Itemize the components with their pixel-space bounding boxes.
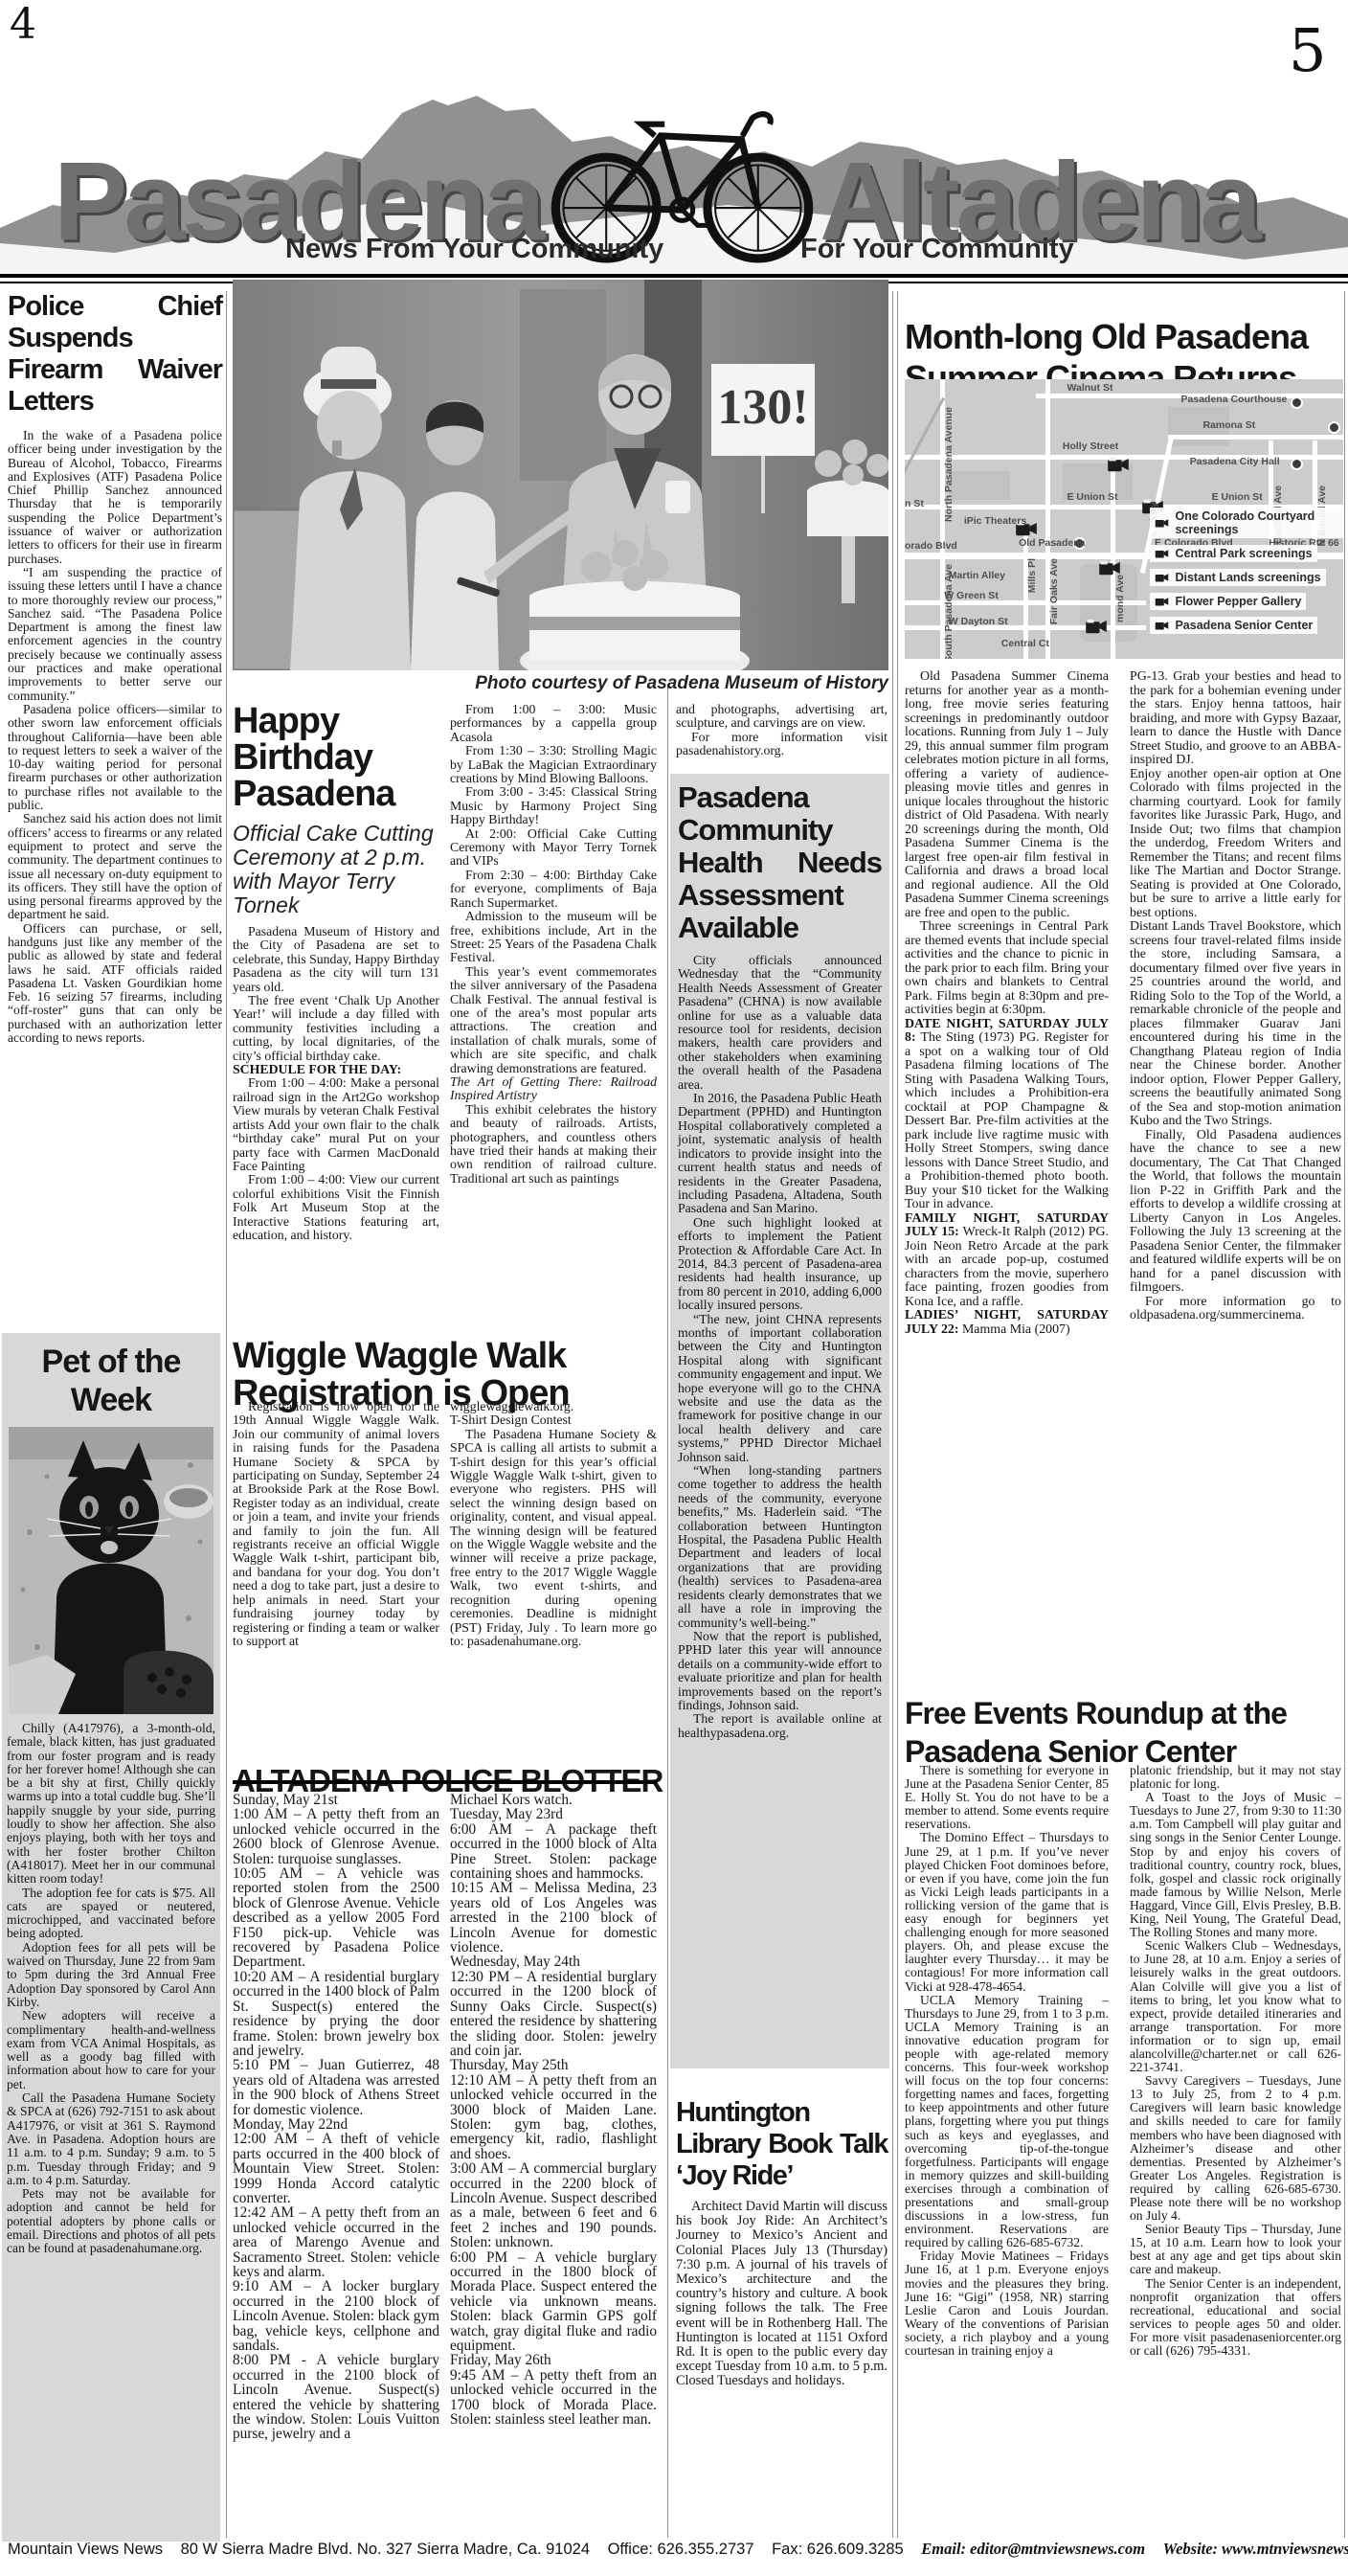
- column-divider: [667, 684, 668, 2538]
- paragraph: One such highlight looked at efforts to …: [678, 1216, 882, 1313]
- map-label: W Dayton St: [949, 616, 1008, 627]
- article-health-assessment-box: Pasadena Community Health Needs Assessme…: [670, 774, 889, 2068]
- blotter-entry: 12:00 AM – A theft of vehicle parts occu…: [233, 2132, 439, 2205]
- article-body: City officials announced Wednesday that …: [678, 954, 882, 1740]
- blotter-entry: Monday, May 22nd: [233, 2117, 439, 2132]
- blotter-entry: 12:30 PM – A residential burglary occurr…: [450, 1970, 657, 2058]
- paragraph: Now that the report is published, PPHD l…: [678, 1630, 882, 1712]
- paragraph: Pasadena police officers—similar to othe…: [8, 703, 222, 812]
- page-number-left: 4: [10, 0, 36, 49]
- blotter-entry: 12:10 AM – A petty theft from an unlocke…: [450, 2073, 657, 2161]
- paragraph: Distant Lands Travel Bookstore, which sc…: [1130, 920, 1341, 1129]
- map-label: mond Ave: [1114, 575, 1126, 622]
- footer-address: 80 W Sierra Madre Blvd. No. 327 Sierra M…: [181, 2541, 590, 2558]
- blotter-entry: 10:05 AM – A vehicle was reported stolen…: [233, 1866, 439, 1970]
- article-title: Pet of the Week: [2, 1343, 220, 1419]
- paragraph: Friday Movie Matinees – Fridays June 16,…: [905, 2249, 1109, 2358]
- article-title-senior-events: Free Events Roundup at the Pasadena Seni…: [905, 1694, 1345, 1771]
- masthead-tagline-right: For Your Community: [800, 234, 1074, 265]
- film-camera-icon: [1155, 548, 1169, 559]
- paragraph: “When long-standing partners come togeth…: [678, 1464, 882, 1630]
- city-hall-poi-icon: [1291, 458, 1303, 470]
- paragraph: This year’s event commemorates the silve…: [450, 965, 657, 1075]
- newspaper-page: 4 5 Pasadena Altadena: [0, 0, 1348, 2576]
- paragraph: Enjoy another open-air option at One Col…: [1130, 768, 1341, 921]
- blotter-entry: Sunday, May 21st: [233, 1793, 439, 1807]
- paragraph: UCLA Memory Training – Thursdays to June…: [905, 1994, 1109, 2250]
- paragraph: From 2:30 – 4:00: Birthday Cake for ever…: [450, 869, 657, 910]
- sign-130: 130!: [717, 380, 808, 435]
- map-block: [949, 471, 1010, 499]
- map-label: Walnut St: [1067, 382, 1112, 394]
- paragraph: The free event ‘Chalk Up Another Year!’ …: [233, 994, 439, 1063]
- paragraph: Chilly (A417976), a 3-month-old, female,…: [7, 1722, 215, 1887]
- footer-email: Email: editor@mtnviewsnews.com: [921, 2540, 1145, 2558]
- paragraph: Registration is now open for the 19th An…: [233, 1400, 439, 1648]
- legend-item: Central Park screenings: [1150, 545, 1316, 562]
- paragraph: Old Pasadena Summer Cinema returns for a…: [905, 670, 1109, 920]
- map-label: Martin Alley: [949, 570, 1005, 581]
- paragraph: In the wake of a Pasadena police officer…: [8, 429, 222, 566]
- paragraph: LADIES’ NIGHT, SATURDAY JULY 22: Mamma M…: [905, 1309, 1109, 1337]
- paragraph: wigglewagglewalk.org.: [450, 1400, 657, 1413]
- paragraph: Call the Pasadena Humane Society & SPCA …: [7, 2091, 215, 2187]
- paragraph: From 1:30 – 3:30: Strolling Magic by LaB…: [450, 744, 657, 785]
- article-cinema-col2: PG-13. Grab your besties and head to the…: [1130, 670, 1341, 1323]
- paragraph: The Art of Getting There: Railroad Inspi…: [450, 1075, 657, 1103]
- blotter-col2: Michael Kors watch.Tuesday, May 23rd6:00…: [450, 1793, 657, 2427]
- map-legend: One Colorado Courtyard screeningsCentral…: [1150, 508, 1343, 641]
- paragraph: A Toast to the Joys of Music – Tuesdays …: [1130, 1791, 1341, 1939]
- article-happy-birthday-col2: From 1:00 – 3:00: Music performances by …: [450, 703, 657, 1186]
- blotter-col1: Sunday, May 21st1:00 AM – A petty theft …: [233, 1793, 439, 2442]
- map-label: n St: [905, 498, 924, 509]
- footer-website: Website: www.mtnviewsnews.com: [1163, 2540, 1348, 2558]
- screening-marker-icon: [1107, 455, 1130, 474]
- blotter-entry: Wednesday, May 24th: [450, 1955, 657, 1969]
- paragraph: T-Shirt Design Contest: [450, 1413, 657, 1427]
- paragraph: SCHEDULE FOR THE DAY:: [233, 1063, 439, 1076]
- paragraph: This exhibit celebrates the history and …: [450, 1103, 657, 1186]
- film-camera-icon: [1155, 517, 1169, 529]
- paragraph: Architect David Martin will discuss his …: [676, 2200, 887, 2389]
- paragraph: The adoption fee for cats is $75. All ca…: [7, 1887, 215, 1941]
- blotter-entry: 9:10 AM – A locker burglary occurred in …: [233, 2279, 439, 2353]
- article-body: Pasadena Museum of History and the City …: [233, 925, 439, 1242]
- column-divider: [1344, 291, 1345, 2538]
- map-street: [1168, 435, 1343, 440]
- courthouse-poi-icon: [1291, 396, 1303, 409]
- blotter-entry: Tuesday, May 23rd: [450, 1807, 657, 1821]
- article-title: Happy Birthday Pasadena: [233, 703, 439, 812]
- film-camera-icon: [1155, 572, 1169, 583]
- blotter-entry: 8:00 PM - A vehicle burglary occurred in…: [233, 2353, 439, 2441]
- paragraph: The Senior Center is an independent, non…: [1130, 2277, 1341, 2359]
- paragraph: At 2:00: Official Cake Cutting Ceremony …: [450, 827, 657, 869]
- paragraph: FAMILY NIGHT, SATURDAY JULY 15: Wreck-It…: [905, 1212, 1109, 1310]
- legend-item: Pasadena Senior Center: [1150, 617, 1317, 634]
- film-camera-icon: [1155, 596, 1169, 607]
- article-happy-birthday: Happy Birthday Pasadena Official Cake Cu…: [233, 703, 439, 1242]
- map-label: Central Ct: [1001, 638, 1049, 649]
- paragraph: The Domino Effect – Thursdays to June 29…: [905, 1831, 1109, 1993]
- screening-marker-icon: [1085, 617, 1108, 636]
- article-body: Architect David Martin will discuss his …: [676, 2200, 887, 2389]
- paragraph: Adoption fees for all pets will be waive…: [7, 1941, 215, 2009]
- paragraph: Sanchez said his action does not limit o…: [8, 812, 222, 921]
- footer-paper-name: Mountain Views News: [8, 2541, 163, 2558]
- paragraph: DATE NIGHT, SATURDAY JULY 8: The Sting (…: [905, 1018, 1109, 1212]
- cake-cutting-photo: 130!: [233, 280, 888, 670]
- article-joy-ride: Huntington Library Book Talk ‘Joy Ride’ …: [676, 2097, 887, 2389]
- black-kitten-photo: [9, 1427, 213, 1714]
- column-divider: [226, 291, 227, 2538]
- blotter-entry: 6:00 AM – A package theft occurred in th…: [450, 1822, 657, 1882]
- footer-office-phone: Office: 626.355.2737: [608, 2541, 754, 2558]
- article-body: In the wake of a Pasadena police officer…: [8, 429, 222, 1045]
- paragraph: For more information visit pasadenahisto…: [676, 731, 887, 758]
- article-senior-col2: platonic friendship, but it may not stay…: [1130, 1764, 1341, 2538]
- blotter-entry: Thursday, May 25th: [450, 2058, 657, 2072]
- page-number-right: 5: [1289, 15, 1326, 85]
- footer: Mountain Views News 80 W Sierra Madre Bl…: [8, 2540, 1344, 2559]
- blotter-entry: Friday, May 26th: [450, 2353, 657, 2367]
- blotter-entry: 1:00 AM – A petty theft from an unlocked…: [233, 1807, 439, 1866]
- article-wiggle-col2: wigglewagglewalk.org.T-Shirt Design Cont…: [450, 1400, 657, 1648]
- paragraph: platonic friendship, but it may not stay…: [1130, 1764, 1341, 1791]
- article-title: Pasadena Community Health Needs Assessme…: [678, 781, 882, 944]
- article-title: Police Chief Suspends Firearm Waiver Let…: [8, 291, 222, 418]
- article-title: Huntington Library Book Talk ‘Joy Ride’: [676, 2097, 887, 2192]
- paragraph: There is something for everyone in June …: [905, 1764, 1109, 1831]
- article-senior-col1: There is something for everyone in June …: [905, 1764, 1109, 2538]
- paragraph: Senior Beauty Tips – Thursday, June 15, …: [1130, 2223, 1341, 2276]
- blotter-rule: [233, 1780, 657, 1784]
- paragraph: Savvy Caregivers – Tuesdays, June 13 to …: [1130, 2074, 1341, 2223]
- footer-fax: Fax: 626.609.3285: [772, 2541, 904, 2558]
- legend-item: Distant Lands screenings: [1150, 569, 1325, 586]
- column-divider: [897, 291, 898, 2538]
- paragraph: Officers can purchase, or sell, handguns…: [8, 922, 222, 1046]
- article-police-chief: Police Chief Suspends Firearm Waiver Let…: [8, 291, 222, 1045]
- masthead-tagline-left: News From Your Community: [285, 234, 663, 265]
- paragraph: From 1:00 – 4:00: View our current color…: [233, 1173, 439, 1242]
- blotter-entry: 3:00 AM – A commercial burglary occurred…: [450, 2161, 657, 2249]
- legend-item: Flower Pepper Gallery: [1150, 593, 1306, 610]
- photo-caption: Photo courtesy of Pasadena Museum of His…: [233, 673, 888, 694]
- paragraph: City officials announced Wednesday that …: [678, 954, 882, 1092]
- map-label: Mills Pl: [1026, 558, 1038, 593]
- paragraph: From 3:00 - 3:45: Classical String Music…: [450, 785, 657, 826]
- paragraph: New adopters will receive a complimentar…: [7, 2009, 215, 2091]
- map-label: Holly Street: [1063, 441, 1118, 452]
- map-label: E Union St: [1067, 491, 1117, 503]
- map-label: E Union St: [1212, 491, 1263, 503]
- article-subtitle: Official Cake Cutting Ceremony at 2 p.m.…: [233, 822, 439, 917]
- paragraph: “The new, joint CHNA represents months o…: [678, 1313, 882, 1464]
- map-label: Fair Oaks Ave: [1048, 558, 1060, 624]
- old-pasadena-map: Walnut St Pasadena Courthouse Ramona St …: [905, 379, 1343, 659]
- paragraph: Finally, Old Pasadena audiences have the…: [1130, 1129, 1341, 1296]
- paragraph: and photographs, advertising art, sculpt…: [676, 703, 887, 731]
- film-camera-icon: [1155, 620, 1169, 631]
- column-divider: [892, 291, 893, 2538]
- article-happy-birthday-col3: and photographs, advertising art, sculpt…: [676, 703, 887, 758]
- map-street: [1111, 455, 1115, 659]
- article-cinema-col1: Old Pasadena Summer Cinema returns for a…: [905, 670, 1109, 1672]
- paragraph: “I am suspending the practice of issuing…: [8, 566, 222, 703]
- paragraph: Scenic Walkers Club – Wednesdays, to Jun…: [1130, 1939, 1341, 2074]
- paragraph: In 2016, the Pasadena Public Heath Depar…: [678, 1092, 882, 1216]
- blotter-entry: 5:10 PM – Juan Gutierrez, 48 years old o…: [233, 2058, 439, 2117]
- paragraph: Pasadena Museum of History and the City …: [233, 925, 439, 994]
- map-label: Pasadena City Hall: [1190, 456, 1280, 467]
- paragraph: The Pasadena Humane Society & SPCA is ca…: [450, 1428, 657, 1649]
- blotter-entry: 12:42 AM – A petty theft from an unlocke…: [233, 2205, 439, 2279]
- article-body: Chilly (A417976), a 3-month-old, female,…: [7, 1722, 215, 2256]
- article-wiggle-col1: Registration is now open for the 19th An…: [233, 1400, 439, 1648]
- paragraph: From 1:00 – 4:00: Make a personal railro…: [233, 1076, 439, 1173]
- blotter-entry: 10:15 AM – Melissa Medina, 23 years old …: [450, 1881, 657, 1955]
- paragraph: Three screenings in Central Park are the…: [905, 920, 1109, 1018]
- map-label: Pasadena Courthouse: [1181, 394, 1288, 405]
- map-label: North Pasadena Avenue: [943, 407, 955, 522]
- paragraph: Admission to the museum will be free, ex…: [450, 910, 657, 965]
- map-label: Ramona St: [1202, 419, 1255, 431]
- poi-icon: [1328, 421, 1340, 434]
- paragraph: Pets may not be available for adoption a…: [7, 2187, 215, 2255]
- paragraph: The report is available online at health…: [678, 1712, 882, 1740]
- blotter-entry: 10:20 AM – A residential burglary occurr…: [233, 1970, 439, 2058]
- legend-item: One Colorado Courtyard screenings: [1150, 508, 1343, 538]
- blotter-entry: 6:00 PM – A vehicle burglary occurred in…: [450, 2250, 657, 2354]
- paragraph: For more information go to oldpasadena.o…: [1130, 1296, 1341, 1323]
- map-label: iPic Theaters: [964, 515, 1026, 527]
- map-label: orado Blvd: [905, 540, 957, 552]
- pet-of-the-week-box: Pet of the Week: [2, 1333, 220, 2542]
- paragraph: PG-13. Grab your besties and head to the…: [1130, 670, 1341, 768]
- blotter-entry: 9:45 AM – A petty theft from an unlocked…: [450, 2368, 657, 2428]
- blotter-entry: Michael Kors watch.: [450, 1793, 657, 1807]
- map-label: Old Pasadena: [1019, 537, 1085, 549]
- paragraph: From 1:00 – 3:00: Music performances by …: [450, 703, 657, 744]
- map-label: South Pasadena Ave: [943, 564, 955, 659]
